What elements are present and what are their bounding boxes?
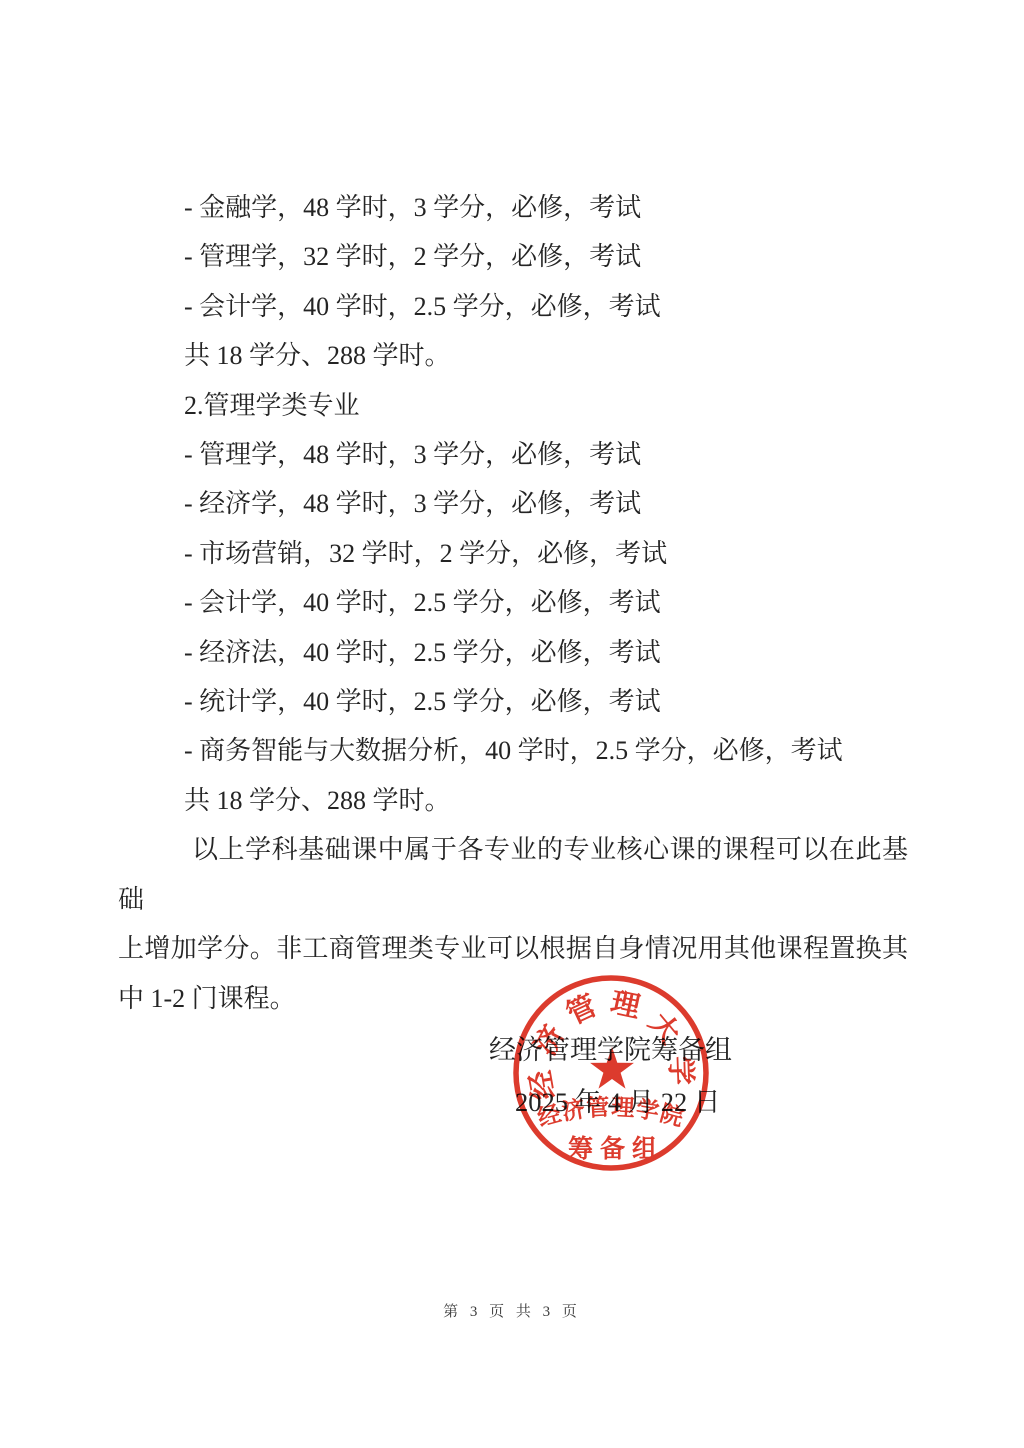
course-item: - 经济学，48 学时，3 学分，必修，考试	[118, 479, 908, 528]
paragraph-line: 以上学科基础课中属于各专业的专业核心课的课程可以在此基础	[118, 825, 908, 924]
stamp-star	[590, 1047, 634, 1089]
page-footer: 第 3 页 共 3 页	[0, 1300, 1024, 1321]
stamp-arc-char: 大	[642, 1007, 686, 1050]
stamp-arc-char: 济	[527, 1019, 571, 1061]
course-item: - 会计学，40 学时，2.5 学分，必修，考试	[118, 282, 908, 331]
course-item: - 经济法，40 学时，2.5 学分，必修，考试	[118, 628, 908, 677]
course-item: - 市场营销，32 学时，2 学分，必修，考试	[118, 529, 908, 578]
stamp-arc-char: 学	[663, 1055, 697, 1085]
credit-total: 共 18 学分、288 学时。	[118, 331, 908, 380]
stamp-arc-char: 管	[562, 989, 602, 1031]
course-item: - 会计学，40 学时，2.5 学分，必修，考试	[118, 578, 908, 627]
course-item: - 管理学，32 学时，2 学分，必修，考试	[118, 232, 908, 281]
course-item: - 管理学，48 学时，3 学分，必修，考试	[118, 430, 908, 479]
document-page: - 金融学，48 学时，3 学分，必修，考试 - 管理学，32 学时，2 学分，…	[0, 0, 1024, 1448]
course-item: - 统计学，40 学时，2.5 学分，必修，考试	[118, 677, 908, 726]
stamp-arc-char: 经	[524, 1068, 562, 1102]
credit-total: 共 18 学分、288 学时。	[118, 776, 908, 825]
course-item: - 商务智能与大数据分析，40 学时，2.5 学分，必修，考试	[118, 726, 908, 775]
stamp-inner-line2: 筹备组	[568, 1134, 664, 1163]
official-stamp: 经 济 管 理 大 学 经济管理学院 筹备组	[496, 958, 726, 1188]
document-body: - 金融学，48 学时，3 学分，必修，考试 - 管理学，32 学时，2 学分，…	[118, 183, 908, 1023]
course-item: - 金融学，48 学时，3 学分，必修，考试	[118, 183, 908, 232]
stamp-inner-line1: 经济管理学院	[535, 1094, 687, 1131]
stamp-arc-char: 理	[608, 987, 644, 1025]
section-heading: 2.管理学类专业	[118, 381, 908, 430]
